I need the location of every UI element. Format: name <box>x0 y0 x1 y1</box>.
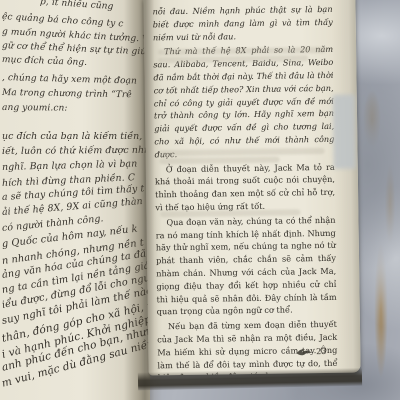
swallow-ornament-icon <box>296 347 313 356</box>
left-page-line: nghĩ. Bạn lựa chọn là vì bạn <box>2 158 138 173</box>
left-page-line: mục đích của ông. <box>2 55 87 68</box>
paragraph: Ở đoạn diễn thuyết này, Jack Ma tỏ ra kh… <box>155 160 336 214</box>
left-page-line: , chúng ta hãy xem một đoạn <box>2 73 137 87</box>
book-photo: p, ít nhiều cũng ệc quảng bá cho công ty… <box>0 0 400 400</box>
page-number: 23 <box>316 347 326 356</box>
left-page-line: ang youmi.cn: <box>2 103 68 114</box>
left-page-line: ục đích của bạn là kiếm tiền, t <box>2 131 149 142</box>
left-page-line: ệc quảng bá cho công ty c <box>2 12 124 29</box>
fore-edge-shadow <box>333 95 356 169</box>
right-page: nỗi đau. Niềm hạnh phúc thật sự là bạn b… <box>143 0 360 375</box>
page-footer: 23 <box>296 347 326 356</box>
paragraph: Qua đoạn văn này, chúng ta có thể nhận r… <box>155 214 336 319</box>
left-page-line: p, ít nhiều cũng <box>40 0 114 12</box>
left-page-line: Ma trong chương trình “Trê <box>2 88 132 100</box>
paragraph-quote: nỗi đau. Niềm hạnh phúc thật sự là bạn b… <box>152 3 333 44</box>
left-page: p, ít nhiều cũng ệc quảng bá cho công ty… <box>0 0 150 400</box>
left-page-line: iết, luôn có thứ kiếm được nhi <box>2 145 147 157</box>
